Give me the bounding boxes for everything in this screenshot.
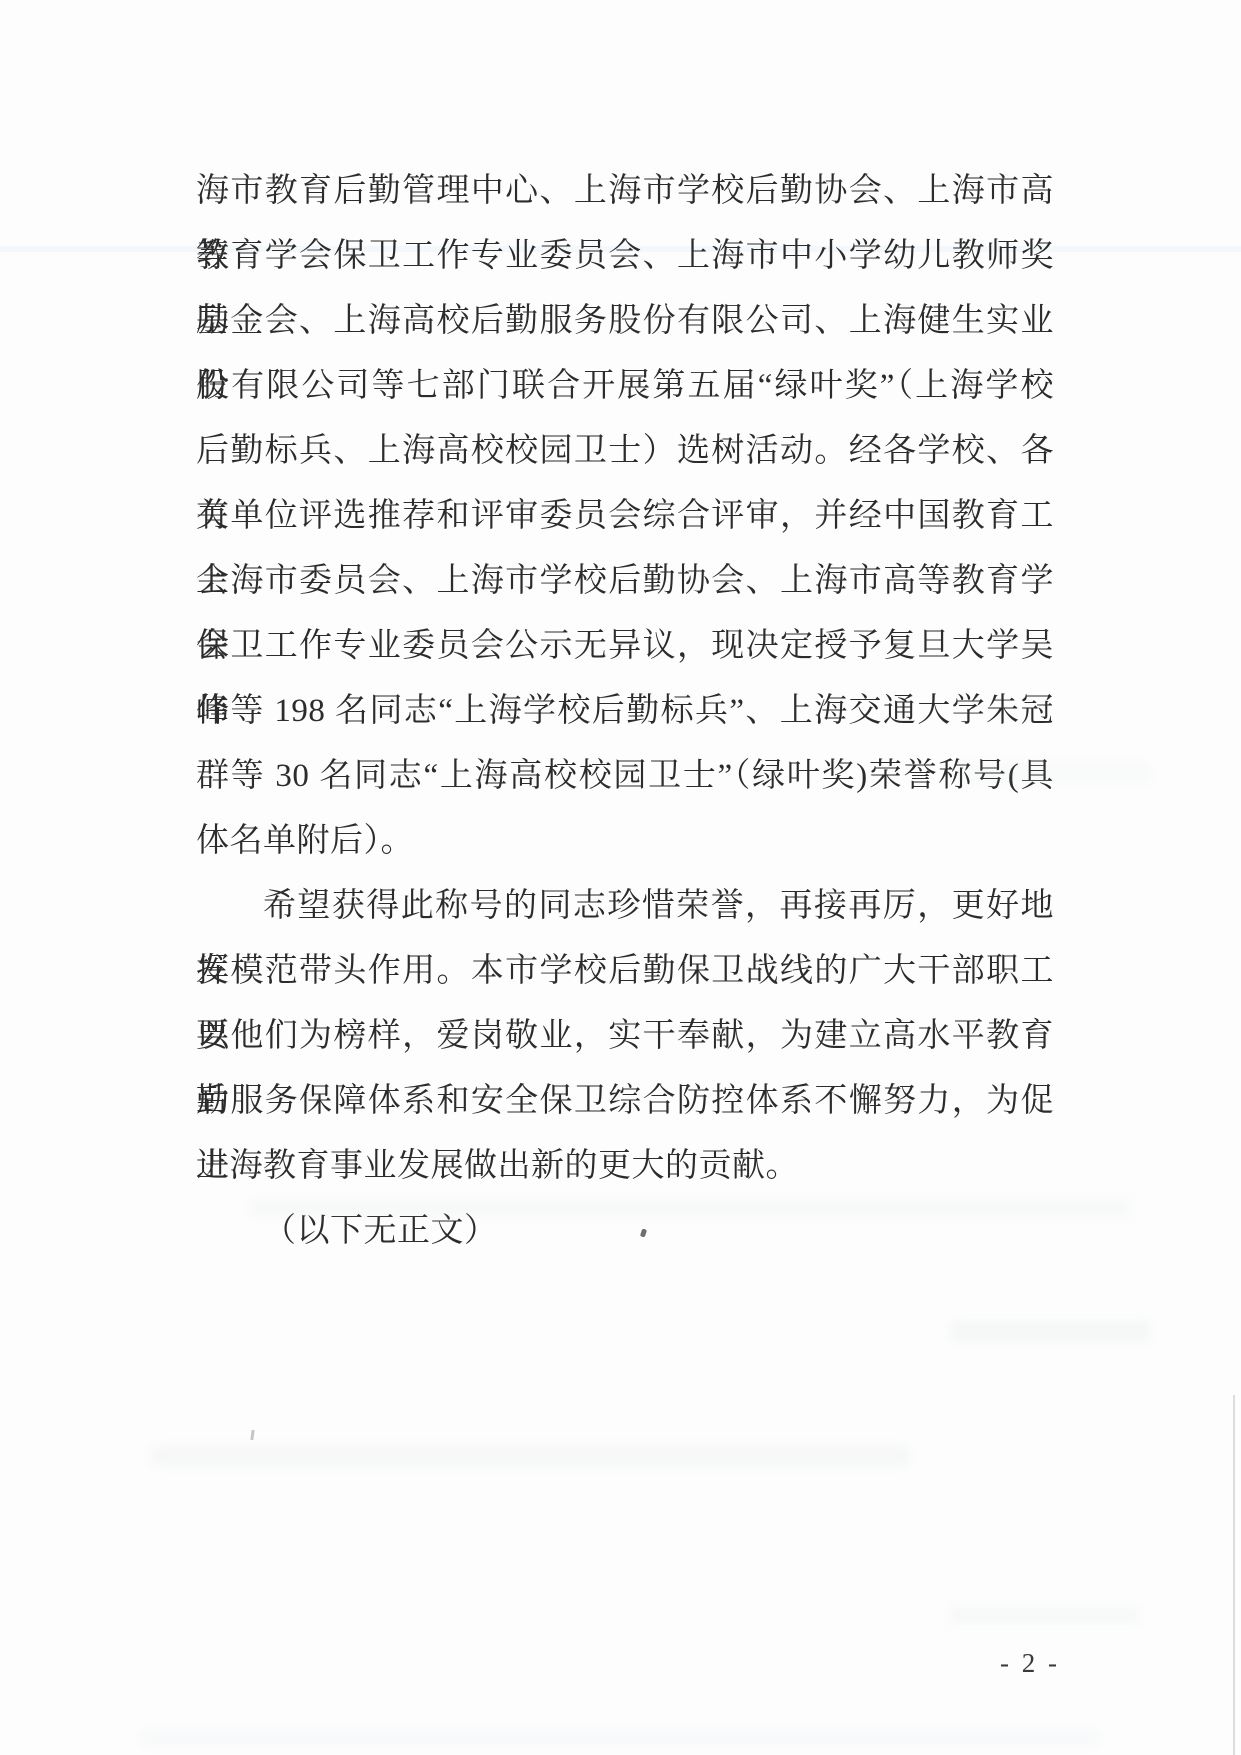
text-line: 峰等 198 名同志“上海学校后勤标兵”、上海交通大学朱冠 [196, 679, 1054, 744]
text-line: 群等 30 名同志“上海高校校园卫士”（绿叶奖)荣誉称号(具 [196, 744, 1054, 809]
document-page: 海市教育后勤管理中心、上海市学校后勤协会、上海市高等 教育学会保卫工作专业委员会… [0, 0, 1241, 1755]
page-number: - 2 - [1000, 1648, 1060, 1679]
ink-tick-artifact [250, 1430, 254, 1440]
text-line: 上海市委员会、上海市学校后勤协会、上海市高等教育学会 [196, 549, 1054, 614]
text-line-no-more-body: （以下无正文） [196, 1199, 1054, 1264]
bleedthrough-smudge [140, 1730, 1100, 1748]
text-line: 上海教育事业发展做出新的更大的贡献。 [196, 1134, 1054, 1199]
scan-edge-line [1233, 1395, 1235, 1755]
text-line: 体名单附后）。 [196, 809, 1054, 874]
text-line: 关单位评选推荐和评审委员会综合评审，并经中国教育工会 [196, 484, 1054, 549]
text-line: 以他们为榜样，爱岗敬业，实干奉献，为建立高水平教育后 [196, 1004, 1054, 1069]
text-line: 勤服务保障体系和安全保卫综合防控体系不懈努力，为促进 [196, 1069, 1054, 1134]
bleedthrough-smudge [950, 1605, 1140, 1625]
body-text: 海市教育后勤管理中心、上海市学校后勤协会、上海市高等 教育学会保卫工作专业委员会… [196, 159, 1054, 1264]
bleedthrough-smudge [150, 1445, 910, 1467]
text-line: 后勤标兵、上海高校校园卫士）选树活动。经各学校、各有 [196, 419, 1054, 484]
text-line: 海市教育后勤管理中心、上海市学校后勤协会、上海市高等 [196, 159, 1054, 224]
text-line: 教育学会保卫工作专业委员会、上海市中小学幼儿教师奖励 [196, 224, 1054, 289]
text-line: 基金会、上海高校后勤服务股份有限公司、上海健生实业股 [196, 289, 1054, 354]
text-line-paragraph-start: 希望获得此称号的同志珍惜荣誉，再接再厉，更好地发 [196, 874, 1054, 939]
bleedthrough-smudge [950, 1320, 1150, 1342]
text-line: 份有限公司等七部门联合开展第五届“绿叶奖”（上海学校 [196, 354, 1054, 419]
text-line: 挥模范带头作用。本市学校后勤保卫战线的广大干部职工要 [196, 939, 1054, 1004]
text-line: 保卫工作专业委员会公示无异议，现决定授予复旦大学吴伟 [196, 614, 1054, 679]
